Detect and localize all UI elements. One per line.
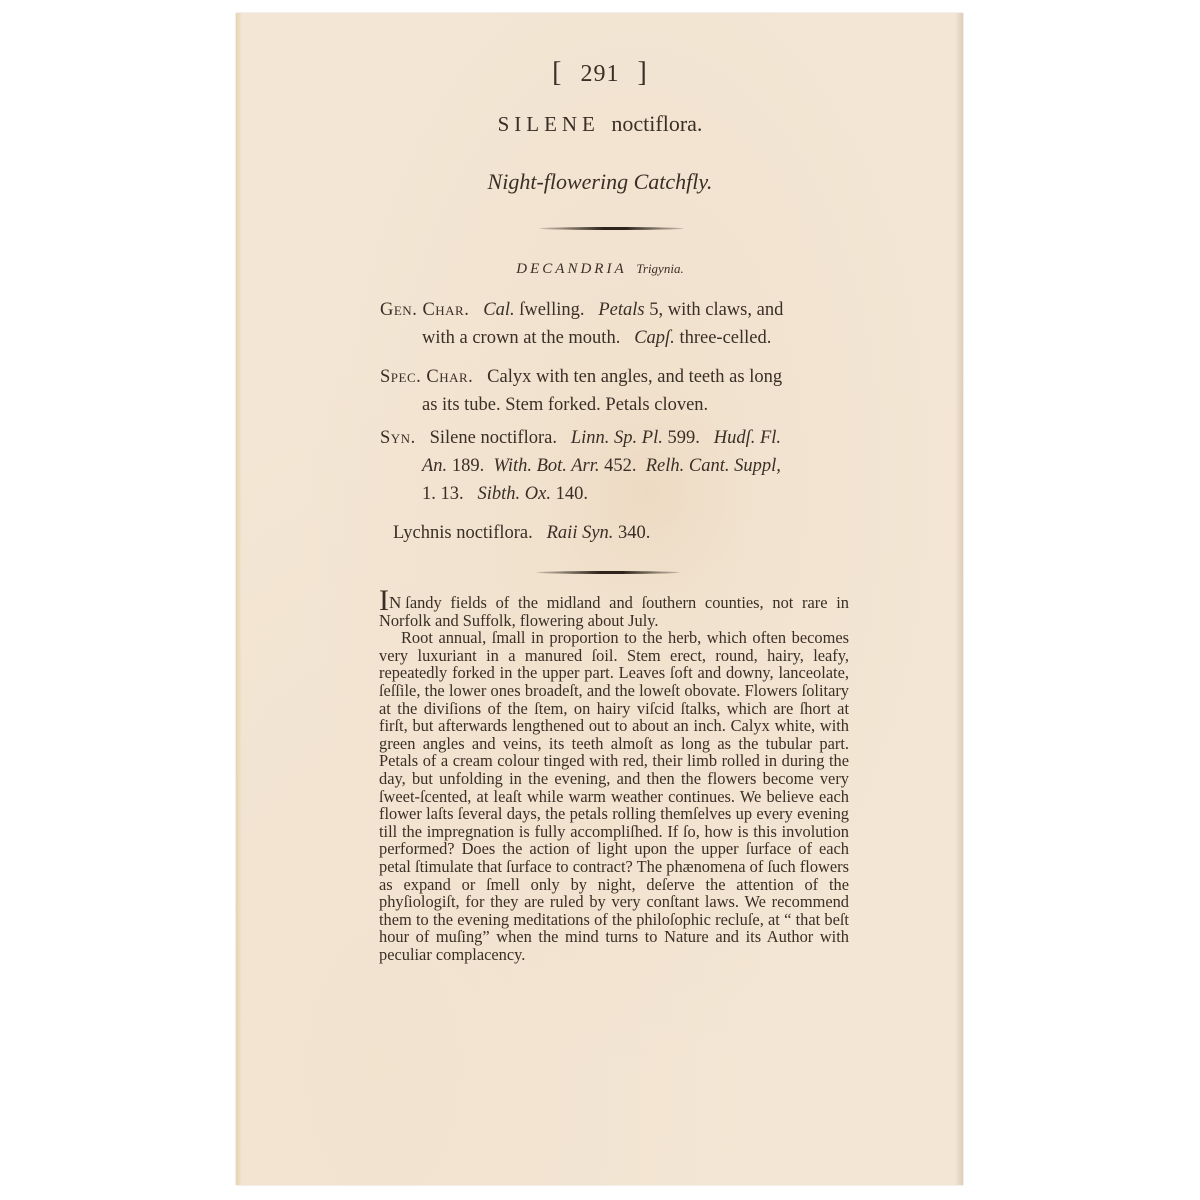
syn-ref: An. [422, 456, 447, 476]
syn-name: Silene noctiflora. [430, 428, 557, 448]
syn-ref: 189. [447, 456, 484, 476]
specific-character: Spec. Char. Calyx with ten angles, and t… [380, 363, 845, 419]
gen-char-text: 5, with claws, and [645, 300, 784, 320]
gen-char-text: Cal. [483, 300, 514, 320]
spec-char-label: Spec. Char. [380, 367, 473, 387]
page-title: SILENE noctiflora. [237, 111, 963, 137]
syn-label: Syn. [380, 428, 416, 448]
syn-line-2: An. 189. With. Bot. Arr. 452. Relh. Cant… [380, 452, 845, 480]
description-paragraph: INſandy fields of the midland and ſouthe… [379, 591, 849, 629]
syn-ref: 1. 13. [422, 484, 464, 504]
divider-rule [539, 227, 684, 230]
syn-ref: 140. [551, 484, 588, 504]
page-number-value: 291 [581, 61, 620, 87]
synonym-lychnis: Lychnis noctiflora. Raii Syn. 340. [393, 519, 858, 547]
syn-ref: Relh. Cant. Suppl, [646, 456, 781, 476]
syn-ref: Hudſ. Fl. [714, 428, 781, 448]
genus-name: SILENE [498, 112, 600, 136]
paragraph-text: ſandy fields of the midland and ſouthern… [379, 593, 849, 630]
gen-char-text: Capſ. [634, 328, 675, 348]
gen-char-text: with a crown at the mouth. [422, 328, 620, 348]
drop-cap-rest: N [389, 593, 401, 612]
syn-line-3: 1. 13. Sibth. Ox. 140. [380, 480, 845, 508]
syn-ref: Raii Syn. [547, 523, 614, 543]
syn-ref: Sibth. Ox. [478, 484, 551, 504]
divider-rule [536, 571, 680, 574]
page-number: [291] [237, 57, 963, 89]
book-page: [291] SILENE noctiflora. Night-flowering… [236, 13, 963, 1185]
syn-ref: With. Bot. Arr. [493, 456, 599, 476]
description-paragraph: Root annual, ſmall in proportion to the … [379, 629, 849, 963]
class-name: DECANDRIA [516, 261, 626, 277]
spec-char-text: as its tube. Stem forked. Petals cloven. [380, 391, 845, 419]
gen-char-text: Petals [598, 300, 644, 320]
linnaean-classification: DECANDRIA Trigynia. [237, 261, 963, 278]
syn-ref: 599. [663, 428, 700, 448]
gen-char-text: ſwelling. [515, 300, 585, 320]
spec-char-text: Calyx with ten angles, and teeth as long [487, 367, 782, 387]
gen-char-line-2: with a crown at the mouth. Capſ. three-c… [380, 324, 845, 352]
bracket-open: [ [552, 57, 562, 88]
species-name: noctiflora. [611, 111, 702, 136]
syn-ref: 340. [613, 523, 650, 543]
gen-char-label: Gen. Char. [380, 300, 469, 320]
gen-char-text: three-celled. [675, 328, 772, 348]
common-name: Night-flowering Catchfly. [237, 169, 963, 195]
bracket-close: ] [638, 57, 648, 88]
syn-ref: 452. [600, 456, 637, 476]
synonyms: Syn. Silene noctiflora. Linn. Sp. Pl. 59… [380, 424, 845, 508]
order-name: Trigynia. [636, 261, 683, 276]
generic-character: Gen. Char. Cal. ſwelling. Petals 5, with… [380, 296, 845, 352]
description-text: INſandy fields of the midland and ſouthe… [379, 591, 849, 963]
syn-name: Lychnis noctiflora. [393, 523, 533, 543]
syn-ref: Linn. Sp. Pl. [571, 428, 663, 448]
